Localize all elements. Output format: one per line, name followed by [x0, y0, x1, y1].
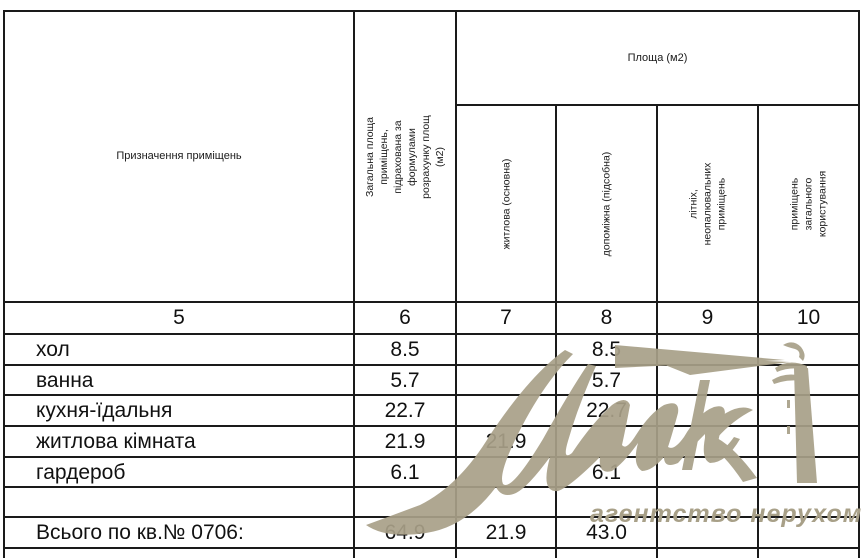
col-number-6: 6 [355, 303, 455, 333]
living-area-cell: 21.9 [457, 427, 555, 456]
total-area-value: 64.9 [355, 518, 455, 548]
room-name: гардероб [36, 458, 125, 487]
common-area-cell [759, 458, 858, 487]
total-living-value: 21.9 [457, 518, 555, 548]
summer-area-cell [658, 458, 757, 487]
total-area-cell: 5.7 [355, 366, 455, 395]
summer-area-cell [658, 335, 757, 364]
living-area-cell [457, 488, 555, 517]
total-area-cell: 22.7 [355, 396, 455, 425]
auxiliary-area-cell: 6.1 [557, 458, 656, 487]
room-name: ванна [36, 366, 93, 395]
living-area-cell [457, 458, 555, 487]
summer-area-cell [658, 366, 757, 395]
col-number-7: 7 [457, 303, 555, 333]
living-area-cell [457, 396, 555, 425]
header-common: приміщень загального користування [759, 106, 858, 301]
room-name: хол [36, 335, 70, 364]
room-name: житлова кімната [36, 427, 196, 456]
header-living: житлова (основна) [457, 106, 555, 301]
header-area-group: Площа (м2) [457, 12, 858, 104]
col-number-5: 5 [5, 303, 353, 333]
header-summer: літніх, неопалювальних приміщень [658, 106, 757, 301]
common-area-cell [759, 335, 858, 364]
common-area-cell [759, 366, 858, 395]
header-common-text: приміщень загального користування [788, 154, 830, 253]
col-number-8: 8 [557, 303, 656, 333]
auxiliary-area-cell [557, 427, 656, 456]
auxiliary-area-cell: 5.7 [557, 366, 656, 395]
auxiliary-area-cell [557, 488, 656, 517]
header-living-text: житлова (основна) [499, 158, 513, 249]
summer-area-cell [658, 427, 757, 456]
header-auxiliary-text: допоміжна (підсобна) [600, 151, 614, 256]
common-area-cell [759, 488, 858, 517]
total-auxiliary-value: 43.0 [557, 518, 656, 548]
header-total-area: Загальна площа приміщень, підрахована за… [355, 12, 455, 301]
common-area-cell [759, 396, 858, 425]
summer-area-cell [658, 396, 757, 425]
header-total-area-text: Загальна площа приміщень, підрахована за… [363, 107, 447, 207]
header-auxiliary: допоміжна (підсобна) [557, 106, 656, 301]
total-area-cell [355, 488, 455, 517]
total-label: Всього по кв.№ 0706: [36, 518, 244, 548]
living-area-cell [457, 335, 555, 364]
total-area-cell: 6.1 [355, 458, 455, 487]
common-area-cell [759, 427, 858, 456]
living-area-cell [457, 366, 555, 395]
total-area-cell: 8.5 [355, 335, 455, 364]
room-name: кухня-їдальня [36, 396, 172, 425]
col-number-10: 10 [759, 303, 858, 333]
floor-area-table: Призначення приміщень Загальна площа при… [0, 0, 862, 558]
total-area-cell: 21.9 [355, 427, 455, 456]
header-summer-text: літніх, неопалювальних приміщень [687, 154, 729, 253]
auxiliary-area-cell: 8.5 [557, 335, 656, 364]
table-border-right [858, 10, 860, 558]
summer-area-cell [658, 488, 757, 517]
col-number-9: 9 [658, 303, 757, 333]
auxiliary-area-cell: 22.7 [557, 396, 656, 425]
header-purpose: Призначення приміщень [5, 12, 353, 301]
